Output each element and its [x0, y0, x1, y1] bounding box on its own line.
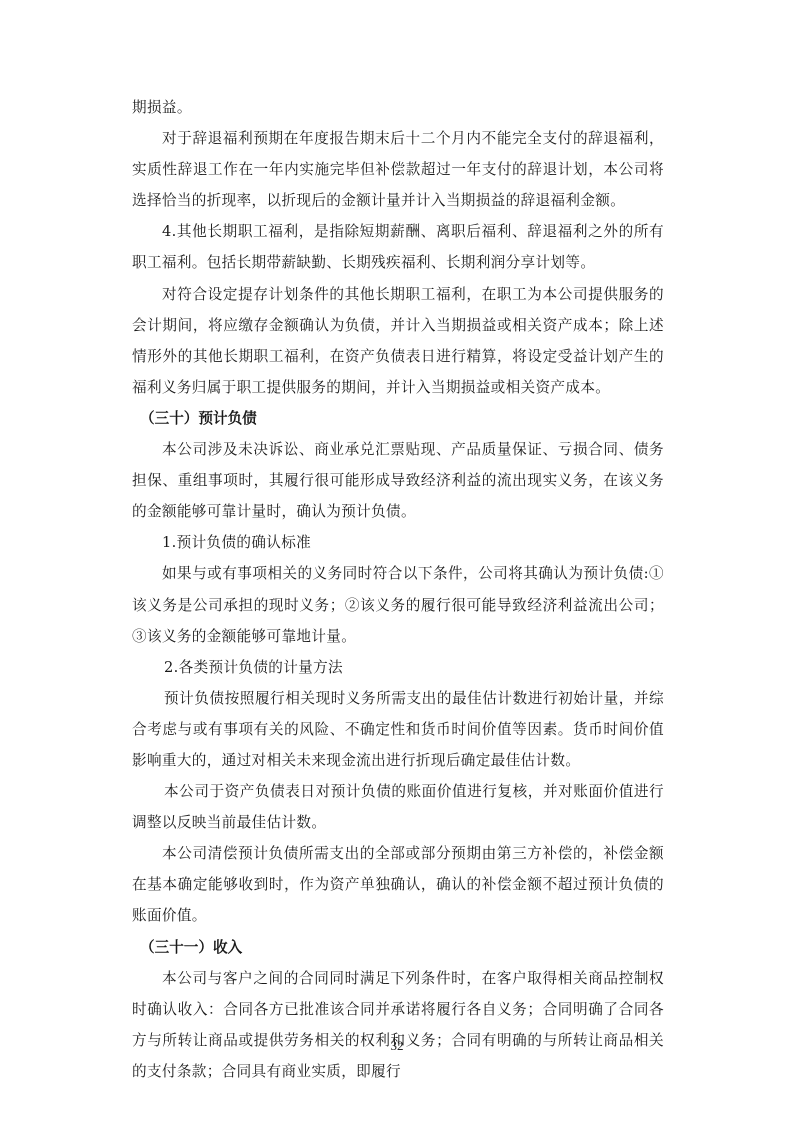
paragraph-reimbursement: 本公司清偿预计负债所需支出的全部或部分预期由第三方补偿的，补偿金额在基本确定能够… [132, 838, 664, 931]
subheading-measurement-method: 2.各类预计负债的计量方法 [132, 652, 664, 683]
document-page: 期损益。 对于辞退福利预期在年度报告期末后十二个月内不能完全支付的辞退福利，实质… [132, 92, 664, 1087]
paragraph-revenue-conditions: 本公司与客户之间的合同同时满足下列条件时，在客户取得相关商品控制权时确认收入：合… [132, 963, 664, 1087]
page-number: 32 [0, 1038, 794, 1054]
paragraph-termination-benefits: 对于辞退福利预期在年度报告期末后十二个月内不能完全支付的辞退福利，实质性辞退工作… [132, 123, 664, 216]
paragraph-continuation: 期损益。 [132, 92, 664, 123]
section-heading-revenue: （三十一）收入 [132, 932, 664, 963]
section-heading-provisions: （三十）预计负债 [132, 403, 664, 434]
subheading-recognition-criteria: 1.预计负债的确认标准 [132, 527, 664, 558]
paragraph-review: 本公司于资产负债表日对预计负债的账面价值进行复核，并对账面价值进行调整以反映当前… [132, 776, 664, 838]
paragraph-other-long-term-benefits: 4.其他长期职工福利，是指除短期薪酬、离职后福利、辞退福利之外的所有职工福利。包… [132, 216, 664, 278]
paragraph-initial-measurement: 预计负债按照履行相关现时义务所需支出的最佳估计数进行初始计量，并综合考虑与或有事… [132, 683, 664, 776]
paragraph-recognition-conditions: 如果与或有事项相关的义务同时符合以下条件，公司将其确认为预计负债:①该义务是公司… [132, 558, 664, 651]
paragraph-provisions-intro: 本公司涉及未决诉讼、商业承兑汇票贴现、产品质量保证、亏损合同、债务担保、重组事项… [132, 434, 664, 527]
paragraph-defined-contribution: 对符合设定提存计划条件的其他长期职工福利，在职工为本公司提供服务的会计期间，将应… [132, 279, 664, 403]
